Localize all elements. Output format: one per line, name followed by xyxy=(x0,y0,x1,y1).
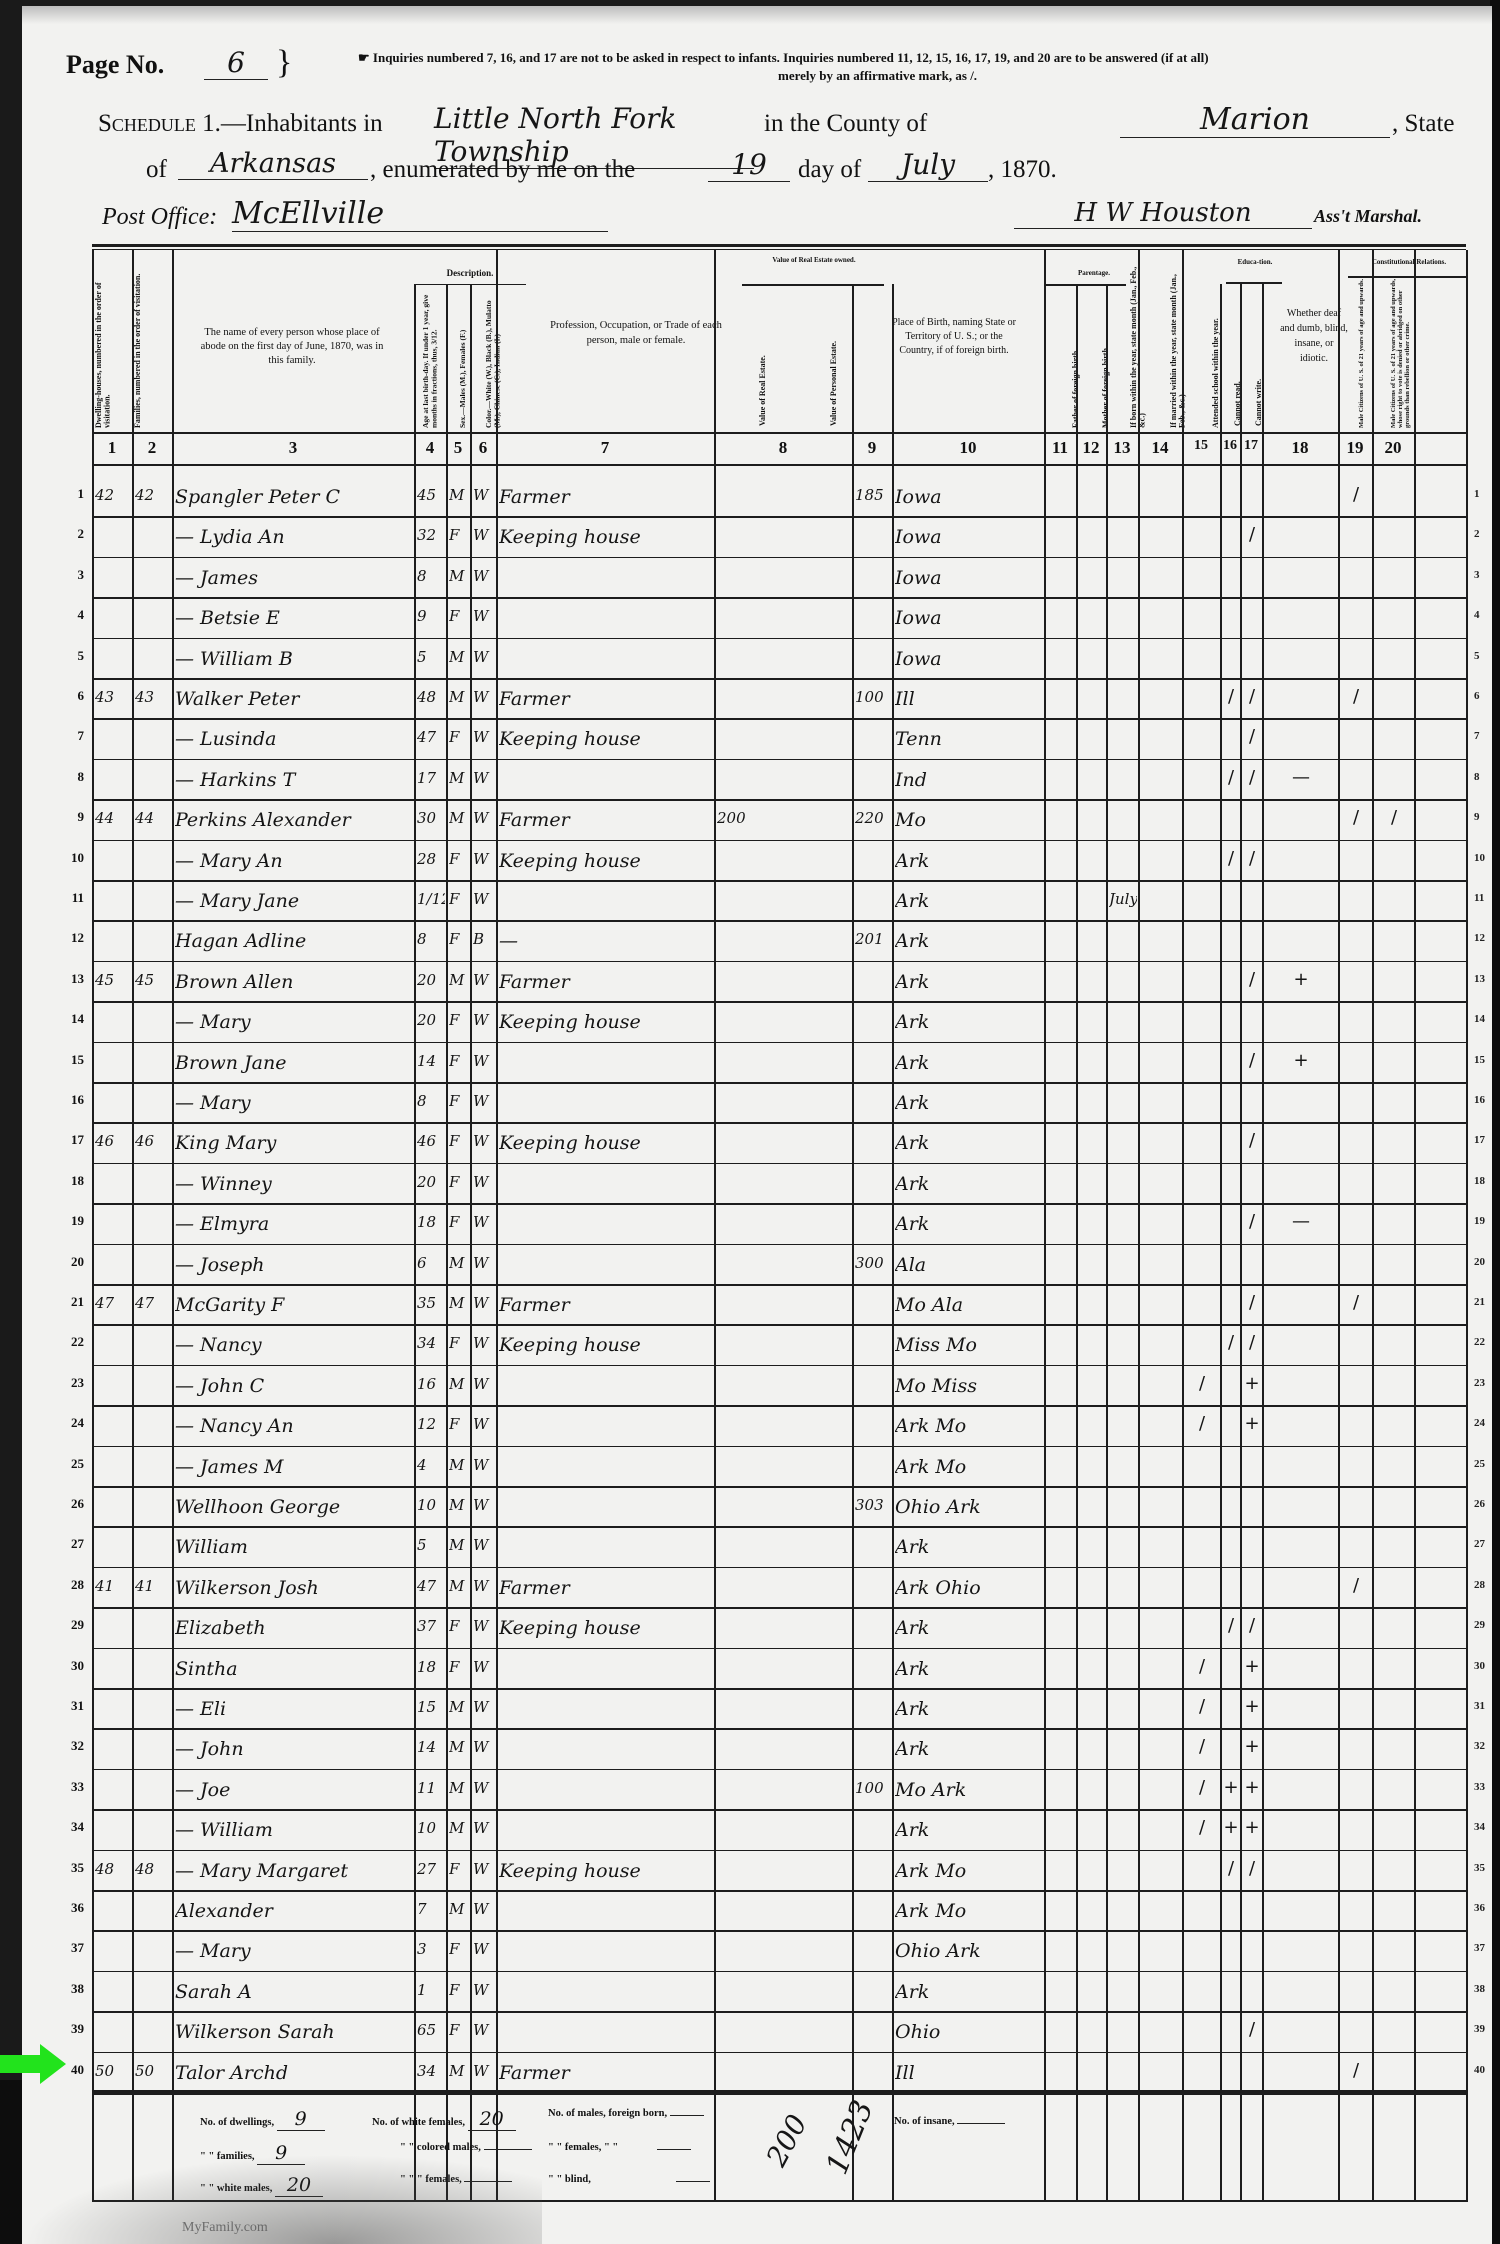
column-rule xyxy=(1338,250,1340,2202)
schedule-label: Schedule 1. xyxy=(98,110,221,137)
row-number: 37 xyxy=(62,1940,84,1956)
cell-sex: F xyxy=(449,850,469,868)
header-col-1: Dwelling-houses, numbered in the order o… xyxy=(95,258,117,428)
row-number-right: 12 xyxy=(1474,932,1494,944)
row-number-right: 5 xyxy=(1474,650,1494,662)
cell-dwelling: 41 xyxy=(95,1577,131,1595)
cell-name: — Betsie E xyxy=(175,607,413,629)
cell-age: 30 xyxy=(417,809,445,827)
cell-occupation: Farmer xyxy=(499,809,713,831)
cell-name: — Lydia An xyxy=(175,526,413,548)
header-col-3: The name of every person whose place of … xyxy=(192,326,392,368)
cell-birthplace: Ind xyxy=(895,769,1043,791)
table-top-rule xyxy=(92,244,1466,247)
cell-age: 32 xyxy=(417,526,445,544)
row-number-right: 32 xyxy=(1474,1740,1494,1752)
cell-c16: / xyxy=(1223,1332,1239,1353)
row-rule xyxy=(92,1971,1466,1973)
row-number: 36 xyxy=(62,1900,84,1916)
row-rule xyxy=(92,1446,1466,1448)
total-white-males-value: 20 xyxy=(275,2174,323,2197)
cell-occupation: Farmer xyxy=(499,486,713,508)
cell-sex: M xyxy=(449,1779,469,1797)
row-number: 18 xyxy=(62,1173,84,1189)
cell-age: 10 xyxy=(417,1819,445,1837)
column-number: 10 xyxy=(892,438,1044,458)
cell-birthplace: Ark Ohio xyxy=(895,1577,1043,1599)
cell-sex: M xyxy=(449,1456,469,1474)
total-colored-females: " " " females, xyxy=(400,2174,512,2185)
cell-color: W xyxy=(473,1092,495,1110)
cell-occupation: — xyxy=(499,930,713,952)
cell-birthplace: Ark Mo xyxy=(895,1900,1043,1922)
row-rule xyxy=(92,678,1466,680)
instructions-text-1: Inquiries numbered 7, 16, and 17 are not… xyxy=(373,50,1209,65)
total-blind: " " blind, xyxy=(548,2174,710,2185)
row-rule xyxy=(92,1284,1466,1286)
instructions-line-1: ☛ Inquiries numbered 7, 16, and 17 are n… xyxy=(358,50,1209,66)
cell-sex: F xyxy=(449,1334,469,1352)
row-rule xyxy=(92,1769,1466,1771)
cell-birthplace: Iowa xyxy=(895,648,1043,670)
row-number: 39 xyxy=(62,2021,84,2037)
cell-color: W xyxy=(473,1981,495,1999)
row-number-right: 8 xyxy=(1474,771,1494,783)
total-insane-label: No. of insane, xyxy=(894,2116,955,2127)
brace: } xyxy=(276,44,292,82)
marshal-label: Ass't Marshal. xyxy=(1314,206,1422,227)
cell-family: 47 xyxy=(135,1294,171,1312)
cell-name: — Mary xyxy=(175,1092,413,1114)
cell-c17: + xyxy=(1243,1777,1261,1798)
row-number-right: 16 xyxy=(1474,1094,1494,1106)
total-real-estate: 200 xyxy=(760,2109,814,2172)
cell-name: Wellhoon George xyxy=(175,1496,413,1518)
cell-sex: F xyxy=(449,1092,469,1110)
cell-color: W xyxy=(473,1294,495,1312)
row-rule xyxy=(92,961,1466,963)
cell-dwelling: 47 xyxy=(95,1294,131,1312)
cell-name: Wilkerson Sarah xyxy=(175,2021,413,2043)
cell-sex: F xyxy=(449,526,469,544)
cell-age: 8 xyxy=(417,567,445,585)
cell-sex: F xyxy=(449,1132,469,1150)
cell-color: W xyxy=(473,971,495,989)
row-rule xyxy=(92,1728,1466,1730)
cell-family: 50 xyxy=(135,2062,171,2080)
cell-c17: + xyxy=(1243,1817,1261,1838)
row-number: 30 xyxy=(62,1658,84,1674)
cell-age: 4 xyxy=(417,1456,445,1474)
cell-birthplace: Ark Mo xyxy=(895,1415,1043,1437)
cell-dwelling: 48 xyxy=(95,1860,131,1878)
row-number: 33 xyxy=(62,1779,84,1795)
row-number-right: 38 xyxy=(1474,1983,1494,1995)
total-insane-value xyxy=(957,2123,1005,2124)
cell-age: 34 xyxy=(417,1334,445,1352)
cell-age: 3 xyxy=(417,1940,445,1958)
cell-c16: / xyxy=(1223,1615,1239,1636)
cell-sex: F xyxy=(449,607,469,625)
state-value: Arkansas xyxy=(178,148,368,180)
cell-birthplace: Ark xyxy=(895,930,1043,952)
cell-name: Sarah A xyxy=(175,1981,413,2003)
row-number-right: 20 xyxy=(1474,1256,1494,1268)
cell-name: — Eli xyxy=(175,1698,413,1720)
cell-color: W xyxy=(473,1819,495,1837)
cell-sex: M xyxy=(449,1738,469,1756)
column-rule xyxy=(496,250,498,2202)
cell-birthplace: Ill xyxy=(895,688,1043,710)
cell-dwelling: 42 xyxy=(95,486,131,504)
cell-birthplace: Ark Mo xyxy=(895,1456,1043,1478)
cell-sex: F xyxy=(449,1617,469,1635)
cell-personal: 185 xyxy=(855,486,891,504)
column-rule xyxy=(172,250,174,2202)
row-number-right: 29 xyxy=(1474,1619,1494,1631)
cell-birthplace: Ark xyxy=(895,1536,1043,1558)
cell-sex: F xyxy=(449,728,469,746)
cell-c15: / xyxy=(1185,1413,1219,1434)
header-col-2: Families, numbered in the order of visit… xyxy=(134,258,156,428)
cell-c17: / xyxy=(1243,1050,1261,1071)
cell-sex: F xyxy=(449,1213,469,1231)
header-col-7: Profession, Occupation, or Trade of each… xyxy=(548,318,724,348)
total-dwellings-label: No. of dwellings, xyxy=(200,2117,274,2128)
total-personal-estate: 1423 xyxy=(820,2096,881,2180)
cell-color: W xyxy=(473,1940,495,1958)
row-number: 19 xyxy=(62,1213,84,1229)
cell-occupation: Farmer xyxy=(499,688,713,710)
cell-c18: + xyxy=(1265,969,1337,990)
row-number-right: 11 xyxy=(1474,892,1494,904)
inhabitants-in-label: —Inhabitants in xyxy=(221,110,383,137)
cell-occupation: Farmer xyxy=(499,1294,713,1316)
row-rule xyxy=(92,1648,1466,1650)
cell-age: 27 xyxy=(417,1860,445,1878)
cell-age: 34 xyxy=(417,2062,445,2080)
row-rule xyxy=(92,759,1466,761)
row-number-right: 1 xyxy=(1474,488,1494,500)
column-number: 7 xyxy=(496,438,714,458)
total-foreign-females: " " females, " " xyxy=(548,2142,691,2153)
state-label: , State xyxy=(1392,110,1455,138)
cell-name: — James M xyxy=(175,1456,413,1478)
cell-birthplace: Iowa xyxy=(895,526,1043,548)
header-col-15: Attended school within the year. xyxy=(1212,258,1226,428)
cell-name: — Winney xyxy=(175,1173,413,1195)
total-colored-females-label: " " " females, xyxy=(400,2174,462,2185)
cell-sex: M xyxy=(449,1294,469,1312)
row-number: 35 xyxy=(62,1860,84,1876)
cell-color: W xyxy=(473,1577,495,1595)
row-number: 29 xyxy=(62,1617,84,1633)
cell-birthplace: Ark xyxy=(895,1092,1043,1114)
cell-dwelling: 45 xyxy=(95,971,131,989)
cell-age: 48 xyxy=(417,688,445,706)
cell-sex: M xyxy=(449,1819,469,1837)
cell-birthplace: Ark xyxy=(895,1819,1043,1841)
page-number-label: Page No. xyxy=(66,50,164,80)
cell-color: W xyxy=(473,1496,495,1514)
cell-family: 44 xyxy=(135,809,171,827)
cell-dwelling: 50 xyxy=(95,2062,131,2080)
cell-sex: F xyxy=(449,2021,469,2039)
cell-c17: / xyxy=(1243,969,1261,990)
cell-color: W xyxy=(473,1173,495,1191)
row-rule xyxy=(92,1203,1466,1205)
cell-c17: / xyxy=(1243,1332,1261,1353)
row-rule xyxy=(92,1486,1466,1488)
cell-name: — Harkins T xyxy=(175,769,413,791)
row-rule xyxy=(92,1001,1466,1003)
row-number: 21 xyxy=(62,1294,84,1310)
row-rule xyxy=(92,1324,1466,1326)
cell-birthplace: Iowa xyxy=(895,486,1043,508)
cell-c17: / xyxy=(1243,686,1261,707)
row-number-right: 10 xyxy=(1474,852,1494,864)
row-rule xyxy=(92,1607,1466,1609)
total-blind-label: " " blind, xyxy=(548,2174,591,2185)
cell-name: — John xyxy=(175,1738,413,1760)
column-number: 8 xyxy=(714,438,852,458)
cell-sex: F xyxy=(449,1011,469,1029)
totals-top-rule-2 xyxy=(92,2094,1466,2095)
total-families-value: 9 xyxy=(257,2142,305,2165)
cell-personal: 220 xyxy=(855,809,891,827)
cell-color: W xyxy=(473,850,495,868)
cell-c13: July xyxy=(1109,890,1137,908)
cell-name: — Elmyra xyxy=(175,1213,413,1235)
cell-c19: / xyxy=(1341,2060,1371,2081)
row-number: 8 xyxy=(62,769,84,785)
cell-name: — William xyxy=(175,1819,413,1841)
cell-c17: / xyxy=(1243,1858,1261,1879)
of-label: of xyxy=(146,156,167,184)
row-number: 1 xyxy=(62,486,84,502)
cell-c16: + xyxy=(1223,1817,1239,1838)
row-number: 12 xyxy=(62,930,84,946)
cell-name: Talor Archd xyxy=(175,2062,413,2084)
column-number: 1 xyxy=(92,438,132,458)
row-number: 5 xyxy=(62,648,84,664)
totals-bottom-rule xyxy=(92,2200,1466,2202)
cell-occupation: Farmer xyxy=(499,2062,713,2084)
post-office-label: Post Office: xyxy=(102,204,217,231)
cell-sex: F xyxy=(449,890,469,908)
cell-color: W xyxy=(473,1658,495,1676)
total-white-females-value: 20 xyxy=(468,2108,516,2131)
column-number: 13 xyxy=(1106,438,1138,458)
cell-birthplace: Ark xyxy=(895,1617,1043,1639)
cell-color: W xyxy=(473,1860,495,1878)
column-rule xyxy=(1138,250,1140,2202)
cell-birthplace: Iowa xyxy=(895,567,1043,589)
post-office-value: McEllville xyxy=(232,196,608,232)
cell-c16: / xyxy=(1223,686,1239,707)
row-number: 13 xyxy=(62,971,84,987)
column-number: 20 xyxy=(1372,438,1414,458)
cell-c17: / xyxy=(1243,1130,1261,1151)
cell-name: Perkins Alexander xyxy=(175,809,413,831)
row-rule xyxy=(92,1405,1466,1407)
row-number: 23 xyxy=(62,1375,84,1391)
row-rule xyxy=(92,1244,1466,1246)
cell-name: King Mary xyxy=(175,1132,413,1154)
total-foreign-males: No. of males, foreign born, xyxy=(548,2108,704,2119)
cell-color: W xyxy=(473,769,495,787)
cell-age: 8 xyxy=(417,1092,445,1110)
row-number-right: 34 xyxy=(1474,1821,1494,1833)
cell-color: W xyxy=(473,2062,495,2080)
row-rule xyxy=(92,1809,1466,1811)
row-number: 26 xyxy=(62,1496,84,1512)
cell-occupation: Keeping house xyxy=(499,1617,713,1639)
cell-c18: — xyxy=(1265,1211,1337,1232)
cell-name: — Nancy An xyxy=(175,1415,413,1437)
cell-c15: / xyxy=(1185,1777,1219,1798)
column-number: 6 xyxy=(470,438,496,458)
cell-occupation: Farmer xyxy=(499,1577,713,1599)
header-col-5: Sex.—Males (M.), Females (F.) xyxy=(459,288,477,428)
cell-birthplace: Ohio xyxy=(895,2021,1043,2043)
row-number: 28 xyxy=(62,1577,84,1593)
row-rule xyxy=(92,920,1466,922)
row-number-right: 35 xyxy=(1474,1862,1494,1874)
cell-name: Walker Peter xyxy=(175,688,413,710)
cell-name: Wilkerson Josh xyxy=(175,1577,413,1599)
row-number: 20 xyxy=(62,1254,84,1270)
header-col-13: If born within the year, state month (Ja… xyxy=(1130,258,1152,428)
cell-family: 43 xyxy=(135,688,171,706)
row-number-right: 30 xyxy=(1474,1660,1494,1672)
cell-birthplace: Ala xyxy=(895,1254,1043,1276)
schedule-line: Schedule 1.—Inhabitants in xyxy=(98,110,383,138)
cell-personal: 300 xyxy=(855,1254,891,1272)
cell-birthplace: Ark xyxy=(895,850,1043,872)
column-number: 5 xyxy=(446,438,470,458)
row-rule xyxy=(92,880,1466,882)
cell-color: W xyxy=(473,2021,495,2039)
column-number: 15 xyxy=(1182,438,1220,454)
total-white-females-label: No. of white females, xyxy=(372,2117,465,2128)
cell-name: — Lusinda xyxy=(175,728,413,750)
cell-age: 20 xyxy=(417,971,445,989)
column-number: 16 xyxy=(1220,438,1240,454)
cell-family: 46 xyxy=(135,1132,171,1150)
row-number-right: 7 xyxy=(1474,730,1494,742)
cell-c17: / xyxy=(1243,767,1261,788)
column-number: 19 xyxy=(1338,438,1372,458)
cell-age: 65 xyxy=(417,2021,445,2039)
row-number: 31 xyxy=(62,1698,84,1714)
day-value: 19 xyxy=(708,148,790,182)
colnum-bottom-rule xyxy=(92,464,1466,466)
constitutional-subrule xyxy=(1348,276,1466,278)
row-number-right: 28 xyxy=(1474,1579,1494,1591)
cell-occupation: Keeping house xyxy=(499,850,713,872)
row-number-right: 21 xyxy=(1474,1296,1494,1308)
cell-name: — Joseph xyxy=(175,1254,413,1276)
cell-c17: + xyxy=(1243,1413,1261,1434)
row-number-right: 6 xyxy=(1474,690,1494,702)
cell-color: W xyxy=(473,1011,495,1029)
cell-c15: / xyxy=(1185,1817,1219,1838)
cell-family: 42 xyxy=(135,486,171,504)
header-col-11: Father of foreign birth. xyxy=(1072,288,1086,428)
row-number-right: 27 xyxy=(1474,1538,1494,1550)
cell-sex: M xyxy=(449,809,469,827)
cell-occupation: Keeping house xyxy=(499,1334,713,1356)
row-number: 34 xyxy=(62,1819,84,1835)
row-rule xyxy=(92,1082,1466,1084)
header-constitutional: Constitutional Relations. xyxy=(1354,258,1464,266)
cell-name: — John C xyxy=(175,1375,413,1397)
cell-c19: / xyxy=(1341,807,1371,828)
cell-c18: + xyxy=(1265,1050,1337,1071)
cell-birthplace: Ark xyxy=(895,1698,1043,1720)
cell-age: 28 xyxy=(417,850,445,868)
total-foreign-females-value xyxy=(657,2149,691,2150)
cell-occupation: Farmer xyxy=(499,971,713,993)
cell-age: 37 xyxy=(417,1617,445,1635)
column-number: 12 xyxy=(1076,438,1106,458)
cell-sex: M xyxy=(449,1577,469,1595)
column-number: 11 xyxy=(1044,438,1076,458)
cell-age: 12 xyxy=(417,1415,445,1433)
cell-sex: M xyxy=(449,1496,469,1514)
row-rule xyxy=(92,2011,1466,2013)
header-education: Educa-tion. xyxy=(1232,258,1278,266)
cell-age: 46 xyxy=(417,1132,445,1150)
cell-color: B xyxy=(473,930,495,948)
row-number-right: 33 xyxy=(1474,1781,1494,1793)
row-rule xyxy=(92,840,1466,842)
row-number: 27 xyxy=(62,1536,84,1552)
cell-birthplace: Ark xyxy=(895,1981,1043,2003)
cell-personal: 303 xyxy=(855,1496,891,1514)
row-number-right: 19 xyxy=(1474,1215,1494,1227)
cell-name: Alexander xyxy=(175,1900,413,1922)
cell-age: 47 xyxy=(417,728,445,746)
header-col-12: Mother of foreign birth. xyxy=(1102,288,1116,428)
column-number: 3 xyxy=(172,438,414,458)
cell-color: W xyxy=(473,1536,495,1554)
column-rule xyxy=(1182,250,1184,2202)
cell-c20: / xyxy=(1375,807,1413,828)
cell-real: 200 xyxy=(717,809,851,827)
cell-age: 35 xyxy=(417,1294,445,1312)
cell-sex: F xyxy=(449,1981,469,1999)
cell-occupation: Keeping house xyxy=(499,728,713,750)
total-foreign-females-label: " " females, " " xyxy=(548,2142,618,2153)
cell-color: W xyxy=(473,890,495,908)
cell-birthplace: Ark xyxy=(895,1173,1043,1195)
row-number: 17 xyxy=(62,1132,84,1148)
header-description: Description. xyxy=(416,268,524,278)
cell-name: — Joe xyxy=(175,1779,413,1801)
total-white-males-label: " " white males, xyxy=(200,2183,272,2194)
cell-age: 17 xyxy=(417,769,445,787)
cell-birthplace: Iowa xyxy=(895,607,1043,629)
row-number: 22 xyxy=(62,1334,84,1350)
header-parentage: Parentage. xyxy=(1068,268,1120,278)
cell-c17: / xyxy=(1243,726,1261,747)
cell-sex: M xyxy=(449,486,469,504)
header-col-6: Color.—White (W.), Black (B.), Mulatto (… xyxy=(485,288,513,428)
cell-age: 16 xyxy=(417,1375,445,1393)
cell-c15: / xyxy=(1185,1696,1219,1717)
